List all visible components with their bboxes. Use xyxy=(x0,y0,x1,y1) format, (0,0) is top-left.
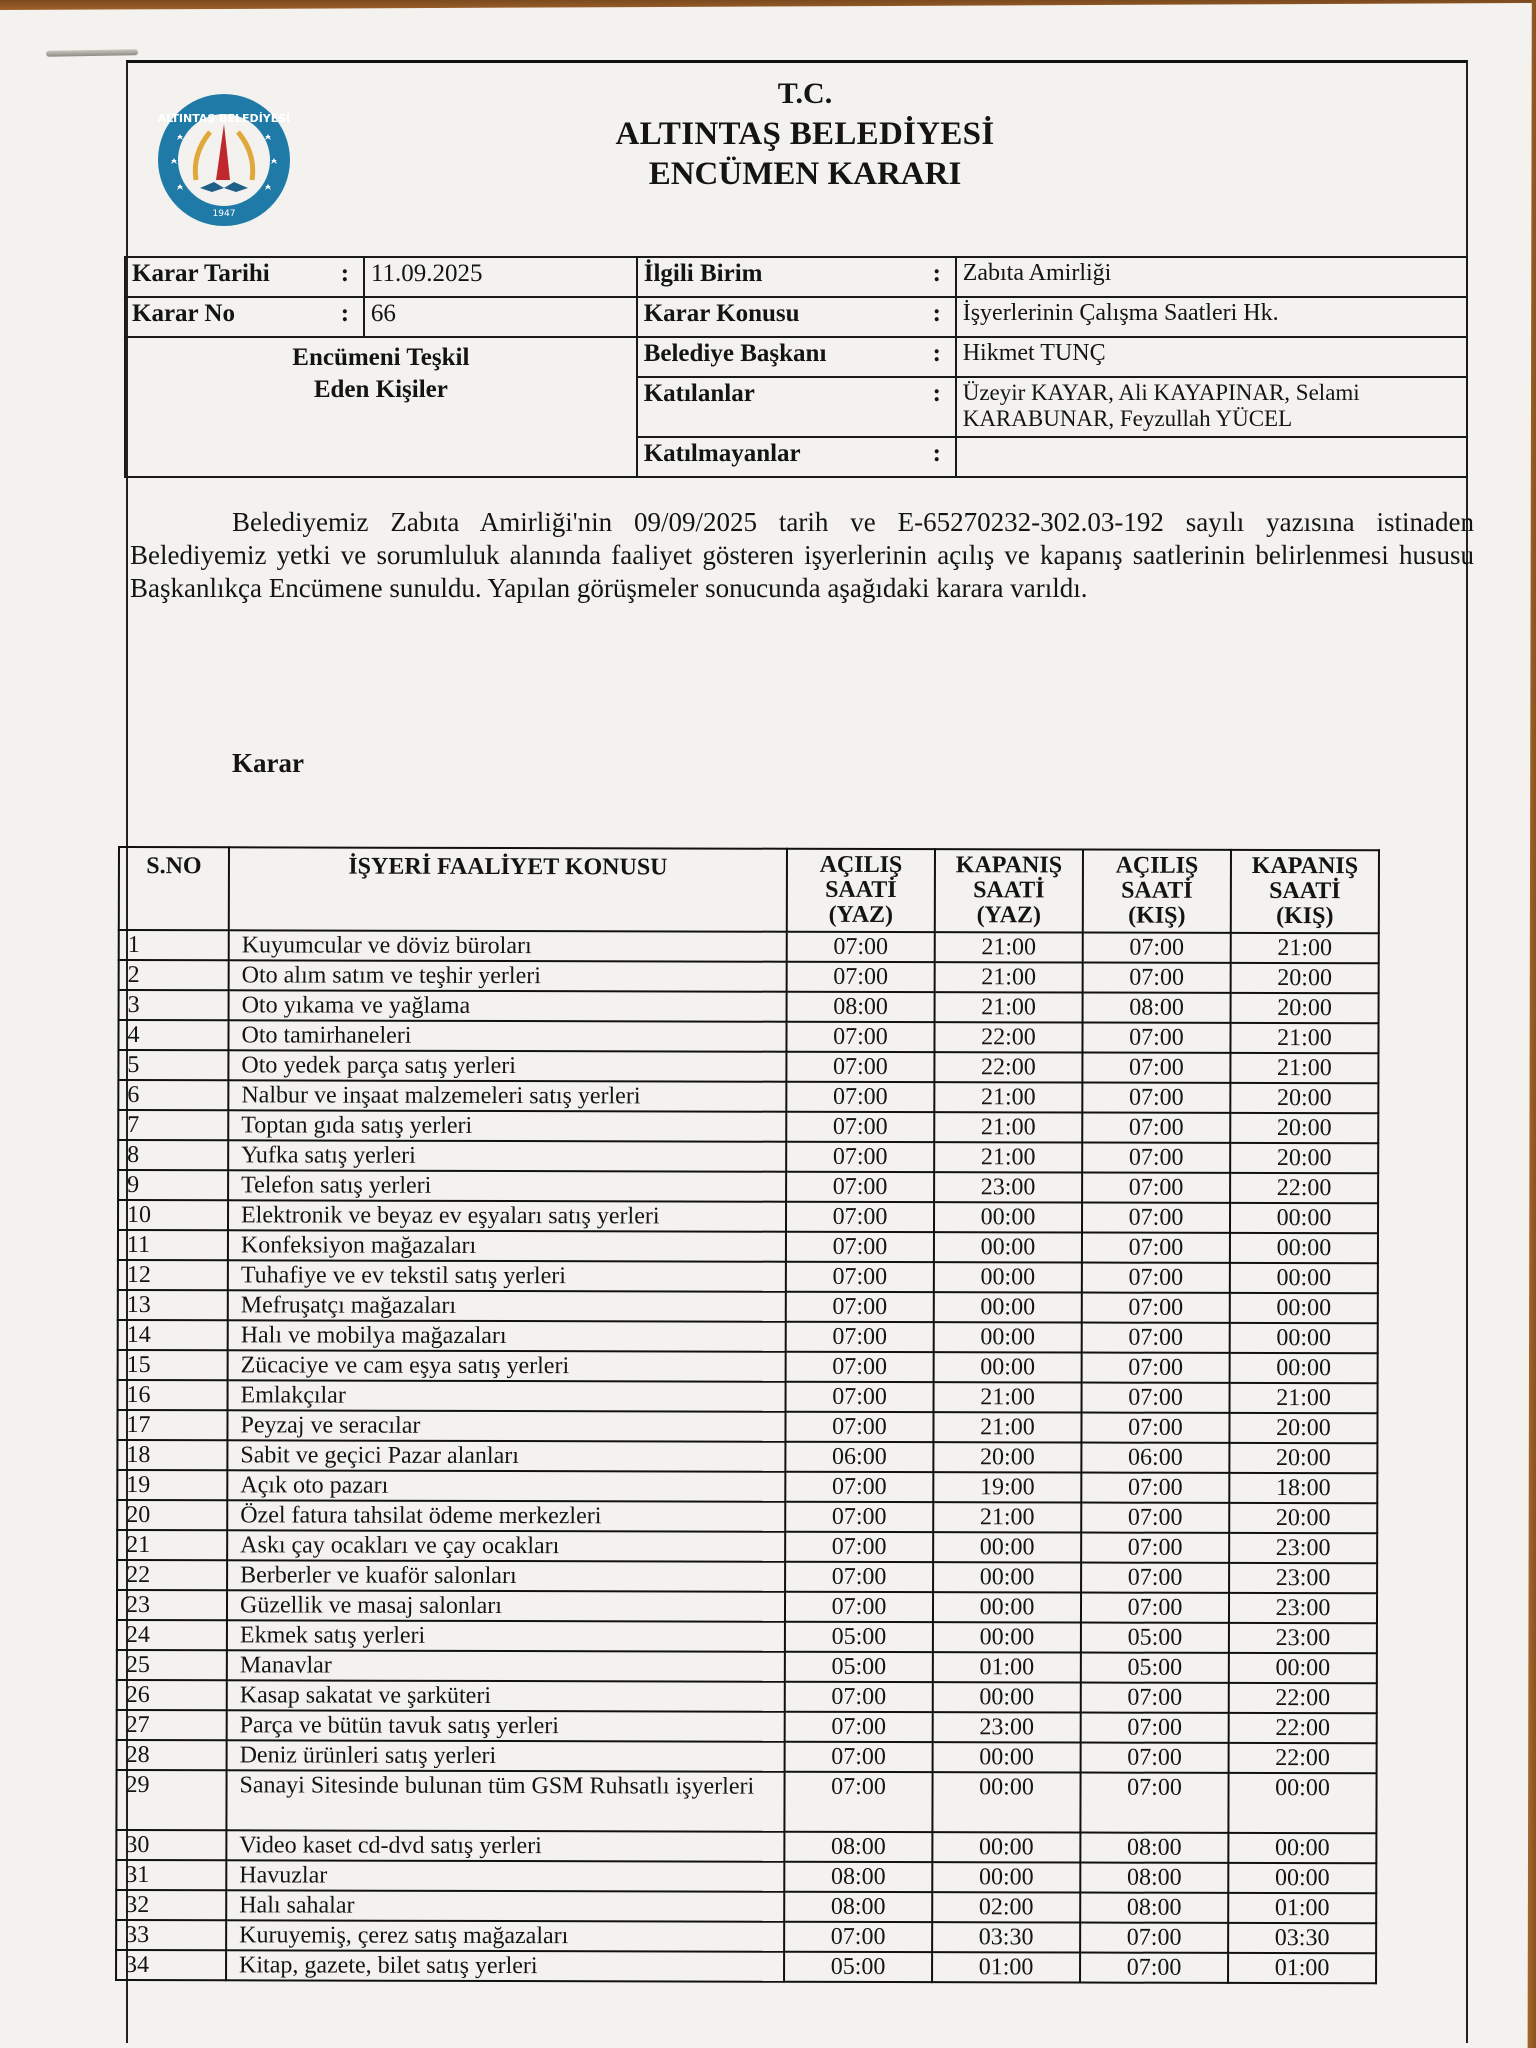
row-acilis-yaz: 07:00 xyxy=(785,1412,933,1442)
table-row: 28Deniz ürünleri satış yerleri07:0000:00… xyxy=(117,1740,1377,1773)
row-sno: 33 xyxy=(116,1920,226,1950)
row-kapanis-kis: 00:00 xyxy=(1230,1203,1378,1233)
row-kapanis-yaz: 21:00 xyxy=(935,962,1083,992)
row-kapanis-yaz: 00:00 xyxy=(934,1202,1082,1232)
row-kapanis-kis: 20:00 xyxy=(1230,1113,1378,1143)
row-acilis-kis: 07:00 xyxy=(1082,1083,1230,1113)
row-kapanis-kis: 21:00 xyxy=(1231,933,1379,963)
row-activity: Güzellik ve masaj salonları xyxy=(227,1590,785,1621)
row-kapanis-kis: 21:00 xyxy=(1230,1053,1378,1083)
row-acilis-yaz: 08:00 xyxy=(787,992,935,1022)
row-activity: Sanayi Sitesinde bulunan tüm GSM Ruhsatl… xyxy=(226,1770,784,1831)
row-kapanis-yaz: 23:00 xyxy=(933,1712,1081,1742)
row-kapanis-yaz: 21:00 xyxy=(934,1142,1082,1172)
svg-text:1947: 1947 xyxy=(213,209,236,219)
header-kapanis-yaz: KAPANIŞ SAATİ (YAZ) xyxy=(935,849,1083,932)
row-acilis-yaz: 07:00 xyxy=(786,1232,934,1262)
row-acilis-kis: 07:00 xyxy=(1082,1353,1230,1383)
header-line: SAATİ xyxy=(1088,879,1226,904)
encumen-teskil-label: Encümeni Teşkil Eden Kişiler xyxy=(125,337,637,477)
row-sno: 30 xyxy=(116,1830,226,1860)
row-kapanis-kis: 22:00 xyxy=(1229,1743,1377,1773)
row-acilis-yaz: 07:00 xyxy=(786,1322,934,1352)
table-row: 5Oto yedek parça satış yerleri07:0022:00… xyxy=(118,1050,1378,1083)
row-activity: Nalbur ve inşaat malzemeleri satış yerle… xyxy=(228,1080,786,1111)
row-kapanis-yaz: 00:00 xyxy=(933,1682,1081,1712)
table-row: 29Sanayi Sitesinde bulunan tüm GSM Ruhsa… xyxy=(116,1770,1376,1833)
table-row: 10Elektronik ve beyaz ev eşyaları satış … xyxy=(118,1200,1378,1233)
header-line: (KIŞ) xyxy=(1236,904,1374,929)
row-acilis-yaz: 07:00 xyxy=(786,1082,934,1112)
row-kapanis-yaz: 21:00 xyxy=(934,1112,1082,1142)
row-acilis-yaz: 07:00 xyxy=(784,1772,932,1832)
row-acilis-yaz: 07:00 xyxy=(786,1292,934,1322)
katilanlar-line-2: KARABUNAR, Feyzullah YÜCEL xyxy=(963,406,1460,432)
header-acilis-yaz: AÇILIŞ SAATİ (YAZ) xyxy=(787,849,935,932)
row-sno: 19 xyxy=(117,1470,227,1500)
row-acilis-kis: 08:00 xyxy=(1080,1833,1228,1863)
decision-paragraph: Belediyemiz Zabıta Amirliği'nin 09/09/20… xyxy=(130,506,1474,605)
row-sno: 13 xyxy=(118,1290,228,1320)
row-activity: Kuyumcular ve döviz büroları xyxy=(229,930,787,961)
row-kapanis-yaz: 19:00 xyxy=(933,1472,1081,1502)
row-activity: Telefon satış yerleri xyxy=(228,1170,786,1201)
row-activity: Elektronik ve beyaz ev eşyaları satış ye… xyxy=(228,1200,786,1231)
row-acilis-kis: 07:00 xyxy=(1082,1143,1230,1173)
row-acilis-yaz: 07:00 xyxy=(785,1532,933,1562)
row-acilis-kis: 07:00 xyxy=(1082,1113,1230,1143)
row-sno: 32 xyxy=(116,1890,226,1920)
row-acilis-yaz: 07:00 xyxy=(786,1022,934,1052)
row-kapanis-kis: 21:00 xyxy=(1230,1383,1378,1413)
background-surface xyxy=(0,0,1536,10)
row-activity: Özel fatura tahsilat ödeme merkezleri xyxy=(227,1500,785,1531)
table-header-row: S.NO İŞYERİ FAALİYET KONUSU AÇILIŞ SAATİ… xyxy=(119,847,1379,933)
row-activity: Oto yedek parça satış yerleri xyxy=(228,1050,786,1081)
baskan-value: Hikmet TUNÇ xyxy=(956,337,1467,377)
row-kapanis-kis: 20:00 xyxy=(1229,1443,1377,1473)
teskil-line-2: Eden Kişiler xyxy=(132,374,630,406)
row-acilis-yaz: 08:00 xyxy=(784,1892,932,1922)
header-line: AÇILIŞ xyxy=(1088,854,1226,879)
ilgili-birim-label: İlgili Birim xyxy=(637,257,919,297)
table-row: 33Kuruyemiş, çerez satış mağazaları07:00… xyxy=(116,1920,1376,1953)
row-kapanis-yaz: 01:00 xyxy=(933,1652,1081,1682)
row-kapanis-yaz: 00:00 xyxy=(933,1562,1081,1592)
row-activity: Halı ve mobilya mağazaları xyxy=(228,1320,786,1351)
row-activity: Kasap sakatat ve şarküteri xyxy=(227,1680,785,1711)
row-kapanis-yaz: 22:00 xyxy=(934,1052,1082,1082)
row-kapanis-kis: 00:00 xyxy=(1230,1233,1378,1263)
row-acilis-kis: 07:00 xyxy=(1081,1413,1229,1443)
row-acilis-kis: 07:00 xyxy=(1080,1953,1228,1983)
row-kapanis-kis: 03:30 xyxy=(1228,1923,1376,1953)
row-acilis-kis: 08:00 xyxy=(1083,993,1231,1023)
row-kapanis-yaz: 21:00 xyxy=(935,992,1083,1022)
row-sno: 27 xyxy=(117,1710,227,1740)
header-line: AÇILIŞ xyxy=(792,853,930,878)
row-kapanis-kis: 00:00 xyxy=(1230,1293,1378,1323)
row-sno: 3 xyxy=(119,990,229,1020)
colon: : xyxy=(919,257,956,297)
row-sno: 24 xyxy=(117,1620,227,1650)
row-kapanis-yaz: 02:00 xyxy=(932,1892,1080,1922)
row-kapanis-kis: 20:00 xyxy=(1231,993,1379,1023)
row-sno: 17 xyxy=(117,1410,227,1440)
row-acilis-yaz: 07:00 xyxy=(785,1712,933,1742)
row-kapanis-kis: 00:00 xyxy=(1228,1833,1376,1863)
row-acilis-yaz: 07:00 xyxy=(785,1472,933,1502)
row-acilis-yaz: 07:00 xyxy=(786,1052,934,1082)
table-row: 1Kuyumcular ve döviz büroları07:0021:000… xyxy=(119,930,1379,963)
row-kapanis-yaz: 21:00 xyxy=(934,1082,1082,1112)
karar-konusu-value: İşyerlerinin Çalışma Saatleri Hk. xyxy=(956,297,1467,337)
row-sno: 12 xyxy=(118,1260,228,1290)
row-acilis-kis: 07:00 xyxy=(1081,1683,1229,1713)
row-sno: 20 xyxy=(117,1500,227,1530)
table-body: 1Kuyumcular ve döviz büroları07:0021:000… xyxy=(116,930,1379,1983)
table-row: 21Askı çay ocakları ve çay ocakları07:00… xyxy=(117,1530,1377,1563)
row-acilis-kis: 07:00 xyxy=(1082,1053,1230,1083)
row-acilis-yaz: 07:00 xyxy=(786,1262,934,1292)
row-acilis-yaz: 08:00 xyxy=(784,1832,932,1862)
row-acilis-kis: 07:00 xyxy=(1082,1023,1230,1053)
row-kapanis-yaz: 00:00 xyxy=(932,1772,1080,1832)
row-acilis-yaz: 08:00 xyxy=(784,1862,932,1892)
row-sno: 29 xyxy=(116,1770,226,1830)
row-acilis-kis: 07:00 xyxy=(1082,1383,1230,1413)
row-acilis-yaz: 07:00 xyxy=(786,1172,934,1202)
row-acilis-kis: 08:00 xyxy=(1080,1863,1228,1893)
karar-heading: Karar xyxy=(232,748,304,779)
colon: : xyxy=(327,257,364,297)
row-kapanis-kis: 00:00 xyxy=(1228,1773,1376,1833)
table-row: 26Kasap sakatat ve şarküteri07:0000:0007… xyxy=(117,1680,1377,1713)
row-acilis-kis: 08:00 xyxy=(1080,1893,1228,1923)
row-activity: Mefruşatçı mağazaları xyxy=(228,1290,786,1321)
row-acilis-yaz: 07:00 xyxy=(785,1592,933,1622)
row-activity: Zücaciye ve cam eşya satış yerleri xyxy=(228,1350,786,1381)
row-kapanis-yaz: 22:00 xyxy=(934,1022,1082,1052)
row-kapanis-kis: 22:00 xyxy=(1229,1683,1377,1713)
row-kapanis-yaz: 00:00 xyxy=(934,1232,1082,1262)
table-row: 20Özel fatura tahsilat ödeme merkezleri0… xyxy=(117,1500,1377,1533)
row-acilis-yaz: 07:00 xyxy=(786,1112,934,1142)
karar-tarihi-value: 11.09.2025 xyxy=(364,257,637,297)
row-sno: 9 xyxy=(118,1170,228,1200)
row-acilis-yaz: 07:00 xyxy=(786,1352,934,1382)
row-activity: Toptan gıda satış yerleri xyxy=(228,1110,786,1141)
header-line: (YAZ) xyxy=(792,903,930,928)
row-activity: Oto alım satım ve teşhir yerleri xyxy=(229,960,787,991)
header-line: (KIŞ) xyxy=(1088,904,1226,929)
header-line: KAPANIŞ xyxy=(1236,854,1374,879)
table-row: 24Ekmek satış yerleri05:0000:0005:0023:0… xyxy=(117,1620,1377,1653)
title-tc: T.C. xyxy=(520,74,1090,114)
row-activity: Askı çay ocakları ve çay ocakları xyxy=(227,1530,785,1561)
table-row: 14Halı ve mobilya mağazaları07:0000:0007… xyxy=(118,1320,1378,1353)
row-activity: Yufka satış yerleri xyxy=(228,1140,786,1171)
row-activity: Peyzaj ve seracılar xyxy=(227,1410,785,1441)
colon: : xyxy=(919,337,956,377)
title-organization: ALTINTAŞ BELEDİYESİ xyxy=(520,114,1090,154)
row-sno: 25 xyxy=(117,1650,227,1680)
row-activity: Sabit ve geçici Pazar alanları xyxy=(227,1440,785,1471)
header-acilis-kis: AÇILIŞ SAATİ (KIŞ) xyxy=(1083,850,1231,933)
row-kapanis-kis: 00:00 xyxy=(1230,1263,1378,1293)
row-sno: 14 xyxy=(118,1320,228,1350)
karar-tarihi-label: Karar Tarihi xyxy=(125,257,327,297)
row-acilis-kis: 07:00 xyxy=(1081,1473,1229,1503)
row-kapanis-kis: 20:00 xyxy=(1229,1413,1377,1443)
row-kapanis-kis: 23:00 xyxy=(1229,1533,1377,1563)
row-acilis-yaz: 07:00 xyxy=(785,1562,933,1592)
row-sno: 21 xyxy=(117,1530,227,1560)
table-row: 12Tuhafiye ve ev tekstil satış yerleri07… xyxy=(118,1260,1378,1293)
row-sno: 15 xyxy=(118,1350,228,1380)
table-row: 9Telefon satış yerleri07:0023:0007:0022:… xyxy=(118,1170,1378,1203)
katilanlar-label: Katılanlar xyxy=(637,377,919,437)
row-sno: 5 xyxy=(118,1050,228,1080)
row-kapanis-kis: 00:00 xyxy=(1228,1863,1376,1893)
row-sno: 8 xyxy=(118,1140,228,1170)
row-acilis-yaz: 07:00 xyxy=(787,962,935,992)
row-activity: Berberler ve kuaför salonları xyxy=(227,1560,785,1591)
row-sno: 16 xyxy=(118,1380,228,1410)
karar-konusu-label: Karar Konusu xyxy=(637,297,919,337)
row-kapanis-yaz: 00:00 xyxy=(933,1592,1081,1622)
header-sno: S.NO xyxy=(119,847,229,930)
row-acilis-yaz: 07:00 xyxy=(786,1202,934,1232)
row-sno: 2 xyxy=(119,960,229,990)
table-row: 23Güzellik ve masaj salonları07:0000:000… xyxy=(117,1590,1377,1623)
colon: : xyxy=(919,377,956,437)
row-kapanis-kis: 00:00 xyxy=(1230,1353,1378,1383)
row-acilis-kis: 07:00 xyxy=(1081,1743,1229,1773)
row-activity: Oto yıkama ve yağlama xyxy=(229,990,787,1021)
document-title: T.C. ALTINTAŞ BELEDİYESİ ENCÜMEN KARARI xyxy=(520,74,1090,194)
row-kapanis-yaz: 00:00 xyxy=(932,1832,1080,1862)
table-row: 7Toptan gıda satış yerleri07:0021:0007:0… xyxy=(118,1110,1378,1143)
table-row: 22Berberler ve kuaför salonları07:0000:0… xyxy=(117,1560,1377,1593)
row-kapanis-yaz: 00:00 xyxy=(934,1292,1082,1322)
header-line: KAPANIŞ xyxy=(940,853,1078,878)
row-kapanis-yaz: 03:30 xyxy=(932,1922,1080,1952)
row-acilis-kis: 07:00 xyxy=(1081,1533,1229,1563)
row-kapanis-kis: 21:00 xyxy=(1230,1023,1378,1053)
row-kapanis-yaz: 00:00 xyxy=(932,1862,1080,1892)
row-sno: 1 xyxy=(119,930,229,960)
header-line: (YAZ) xyxy=(940,903,1078,928)
row-acilis-yaz: 05:00 xyxy=(785,1622,933,1652)
table-row: 34Kitap, gazete, bilet satış yerleri05:0… xyxy=(116,1950,1376,1983)
table-row: 32Halı sahalar08:0002:0008:0001:00 xyxy=(116,1890,1376,1923)
row-acilis-kis: 07:00 xyxy=(1082,1203,1230,1233)
row-acilis-kis: 07:00 xyxy=(1081,1503,1229,1533)
row-kapanis-kis: 23:00 xyxy=(1229,1593,1377,1623)
row-kapanis-yaz: 00:00 xyxy=(933,1532,1081,1562)
decision-meta-table: Karar Tarihi : 11.09.2025 İlgili Birim :… xyxy=(124,256,1468,478)
row-acilis-yaz: 06:00 xyxy=(785,1442,933,1472)
row-acilis-kis: 06:00 xyxy=(1081,1443,1229,1473)
row-activity: Ekmek satış yerleri xyxy=(227,1620,785,1651)
row-sno: 7 xyxy=(118,1110,228,1140)
row-activity: Kitap, gazete, bilet satış yerleri xyxy=(226,1950,784,1981)
row-sno: 10 xyxy=(118,1200,228,1230)
row-kapanis-kis: 20:00 xyxy=(1231,963,1379,993)
row-kapanis-kis: 23:00 xyxy=(1229,1563,1377,1593)
table-row: 15Zücaciye ve cam eşya satış yerleri07:0… xyxy=(118,1350,1378,1383)
row-acilis-yaz: 05:00 xyxy=(784,1952,932,1982)
row-sno: 28 xyxy=(117,1740,227,1770)
title-document-type: ENCÜMEN KARARI xyxy=(520,154,1090,194)
row-acilis-kis: 07:00 xyxy=(1082,1263,1230,1293)
row-acilis-kis: 07:00 xyxy=(1080,1923,1228,1953)
row-kapanis-kis: 01:00 xyxy=(1228,1893,1376,1923)
row-kapanis-kis: 00:00 xyxy=(1230,1323,1378,1353)
row-activity: Emlakçılar xyxy=(228,1380,786,1411)
row-kapanis-kis: 00:00 xyxy=(1229,1653,1377,1683)
svg-text:ALTINTAŞ BELEDİYESİ: ALTINTAŞ BELEDİYESİ xyxy=(158,111,291,125)
row-acilis-yaz: 07:00 xyxy=(786,1382,934,1412)
row-kapanis-yaz: 20:00 xyxy=(933,1442,1081,1472)
table-row: 13Mefruşatçı mağazaları07:0000:0007:0000… xyxy=(118,1290,1378,1323)
row-kapanis-yaz: 00:00 xyxy=(933,1742,1081,1772)
row-acilis-kis: 07:00 xyxy=(1082,1233,1230,1263)
row-acilis-yaz: 07:00 xyxy=(785,1502,933,1532)
table-row: 31Havuzlar08:0000:0008:0000:00 xyxy=(116,1860,1376,1893)
colon: : xyxy=(327,297,364,337)
header-konu: İŞYERİ FAALİYET KONUSU xyxy=(229,847,787,931)
row-acilis-kis: 05:00 xyxy=(1081,1623,1229,1653)
row-sno: 23 xyxy=(117,1590,227,1620)
katilanlar-line-1: Üzeyir KAYAR, Ali KAYAPINAR, Selami xyxy=(963,380,1460,406)
background-surface-edge xyxy=(1522,0,1536,2048)
row-kapanis-yaz: 00:00 xyxy=(933,1622,1081,1652)
table-row: 30Video kaset cd-dvd satış yerleri08:000… xyxy=(116,1830,1376,1863)
table-row: 4Oto tamirhaneleri07:0022:0007:0021:00 xyxy=(118,1020,1378,1053)
staple xyxy=(46,49,138,57)
row-sno: 18 xyxy=(117,1440,227,1470)
row-activity: Açık oto pazarı xyxy=(227,1470,785,1501)
row-kapanis-kis: 18:00 xyxy=(1229,1473,1377,1503)
header-line: SAATİ xyxy=(940,878,1078,903)
row-sno: 4 xyxy=(118,1020,228,1050)
row-acilis-yaz: 07:00 xyxy=(784,1922,932,1952)
row-kapanis-yaz: 01:00 xyxy=(932,1952,1080,1982)
row-activity: Halı sahalar xyxy=(226,1890,784,1921)
municipality-logo-icon: /* placeholder removed */ ALTINTAŞ BELED… xyxy=(152,88,296,232)
row-acilis-kis: 05:00 xyxy=(1081,1653,1229,1683)
row-acilis-kis: 07:00 xyxy=(1081,1713,1229,1743)
table-row: 3Oto yıkama ve yağlama08:0021:0008:0020:… xyxy=(119,990,1379,1023)
table-row: 18Sabit ve geçici Pazar alanları06:0020:… xyxy=(117,1440,1377,1473)
row-activity: Tuhafiye ve ev tekstil satış yerleri xyxy=(228,1260,786,1291)
table-row: 25Manavlar05:0001:0005:0000:00 xyxy=(117,1650,1377,1683)
table-row: 27Parça ve bütün tavuk satış yerleri07:0… xyxy=(117,1710,1377,1743)
row-activity: Kuruyemiş, çerez satış mağazaları xyxy=(226,1920,784,1951)
row-activity: Havuzlar xyxy=(226,1860,784,1891)
row-acilis-kis: 07:00 xyxy=(1081,1593,1229,1623)
row-sno: 31 xyxy=(116,1860,226,1890)
row-acilis-yaz: 07:00 xyxy=(785,1742,933,1772)
row-sno: 22 xyxy=(117,1560,227,1590)
row-acilis-yaz: 05:00 xyxy=(785,1652,933,1682)
row-kapanis-yaz: 21:00 xyxy=(933,1412,1081,1442)
row-activity: Video kaset cd-dvd satış yerleri xyxy=(226,1830,784,1861)
ilgili-birim-value: Zabıta Amirliği xyxy=(956,257,1467,297)
table-row: 17Peyzaj ve seracılar07:0021:0007:0020:0… xyxy=(117,1410,1377,1443)
row-activity: Parça ve bütün tavuk satış yerleri xyxy=(227,1710,785,1741)
table-row: 16Emlakçılar07:0021:0007:0021:00 xyxy=(118,1380,1378,1413)
row-kapanis-kis: 01:00 xyxy=(1228,1953,1376,1983)
baskan-label: Belediye Başkanı xyxy=(637,337,919,377)
table-row: 2Oto alım satım ve teşhir yerleri07:0021… xyxy=(119,960,1379,993)
row-acilis-kis: 07:00 xyxy=(1081,1563,1229,1593)
row-sno: 26 xyxy=(117,1680,227,1710)
row-acilis-kis: 07:00 xyxy=(1082,1293,1230,1323)
karar-no-label: Karar No xyxy=(125,297,327,337)
row-kapanis-yaz: 00:00 xyxy=(934,1322,1082,1352)
row-acilis-kis: 07:00 xyxy=(1083,963,1231,993)
row-sno: 11 xyxy=(118,1230,228,1260)
header-kapanis-kis: KAPANIŞ SAATİ (KIŞ) xyxy=(1231,850,1379,933)
row-acilis-yaz: 07:00 xyxy=(785,1682,933,1712)
row-acilis-kis: 07:00 xyxy=(1080,1773,1228,1833)
row-kapanis-yaz: 21:00 xyxy=(934,1382,1082,1412)
row-kapanis-kis: 20:00 xyxy=(1229,1503,1377,1533)
row-activity: Manavlar xyxy=(227,1650,785,1681)
row-kapanis-kis: 20:00 xyxy=(1230,1143,1378,1173)
row-kapanis-yaz: 21:00 xyxy=(933,1502,1081,1532)
row-activity: Konfeksiyon mağazaları xyxy=(228,1230,786,1261)
row-acilis-kis: 07:00 xyxy=(1083,933,1231,963)
row-acilis-yaz: 07:00 xyxy=(787,932,935,962)
header-line: SAATİ xyxy=(792,878,930,903)
table-row: 6Nalbur ve inşaat malzemeleri satış yerl… xyxy=(118,1080,1378,1113)
row-acilis-kis: 07:00 xyxy=(1082,1173,1230,1203)
katilmayanlar-label: Katılmayanlar xyxy=(637,437,919,477)
teskil-line-1: Encümeni Teşkil xyxy=(132,342,630,374)
row-kapanis-yaz: 00:00 xyxy=(934,1262,1082,1292)
row-kapanis-kis: 22:00 xyxy=(1229,1713,1377,1743)
row-activity: Deniz ürünleri satış yerleri xyxy=(227,1740,785,1771)
colon: : xyxy=(919,297,956,337)
row-sno: 6 xyxy=(118,1080,228,1110)
working-hours-table: S.NO İŞYERİ FAALİYET KONUSU AÇILIŞ SAATİ… xyxy=(115,846,1380,1984)
katilanlar-value: Üzeyir KAYAR, Ali KAYAPINAR, Selami KARA… xyxy=(956,377,1467,437)
row-sno: 34 xyxy=(116,1950,226,1980)
row-acilis-kis: 07:00 xyxy=(1082,1323,1230,1353)
table-row: 11Konfeksiyon mağazaları07:0000:0007:000… xyxy=(118,1230,1378,1263)
row-activity: Oto tamirhaneleri xyxy=(228,1020,786,1051)
row-kapanis-kis: 22:00 xyxy=(1230,1173,1378,1203)
katilmayanlar-value xyxy=(956,437,1467,477)
row-acilis-yaz: 07:00 xyxy=(786,1142,934,1172)
karar-no-value: 66 xyxy=(364,297,637,337)
colon: : xyxy=(919,437,956,477)
row-kapanis-kis: 23:00 xyxy=(1229,1623,1377,1653)
row-kapanis-yaz: 23:00 xyxy=(934,1172,1082,1202)
table-row: 8Yufka satış yerleri07:0021:0007:0020:00 xyxy=(118,1140,1378,1173)
table-row: 19Açık oto pazarı07:0019:0007:0018:00 xyxy=(117,1470,1377,1503)
row-kapanis-kis: 20:00 xyxy=(1230,1083,1378,1113)
row-kapanis-yaz: 00:00 xyxy=(934,1352,1082,1382)
header-line: SAATİ xyxy=(1236,879,1374,904)
row-kapanis-yaz: 21:00 xyxy=(935,932,1083,962)
